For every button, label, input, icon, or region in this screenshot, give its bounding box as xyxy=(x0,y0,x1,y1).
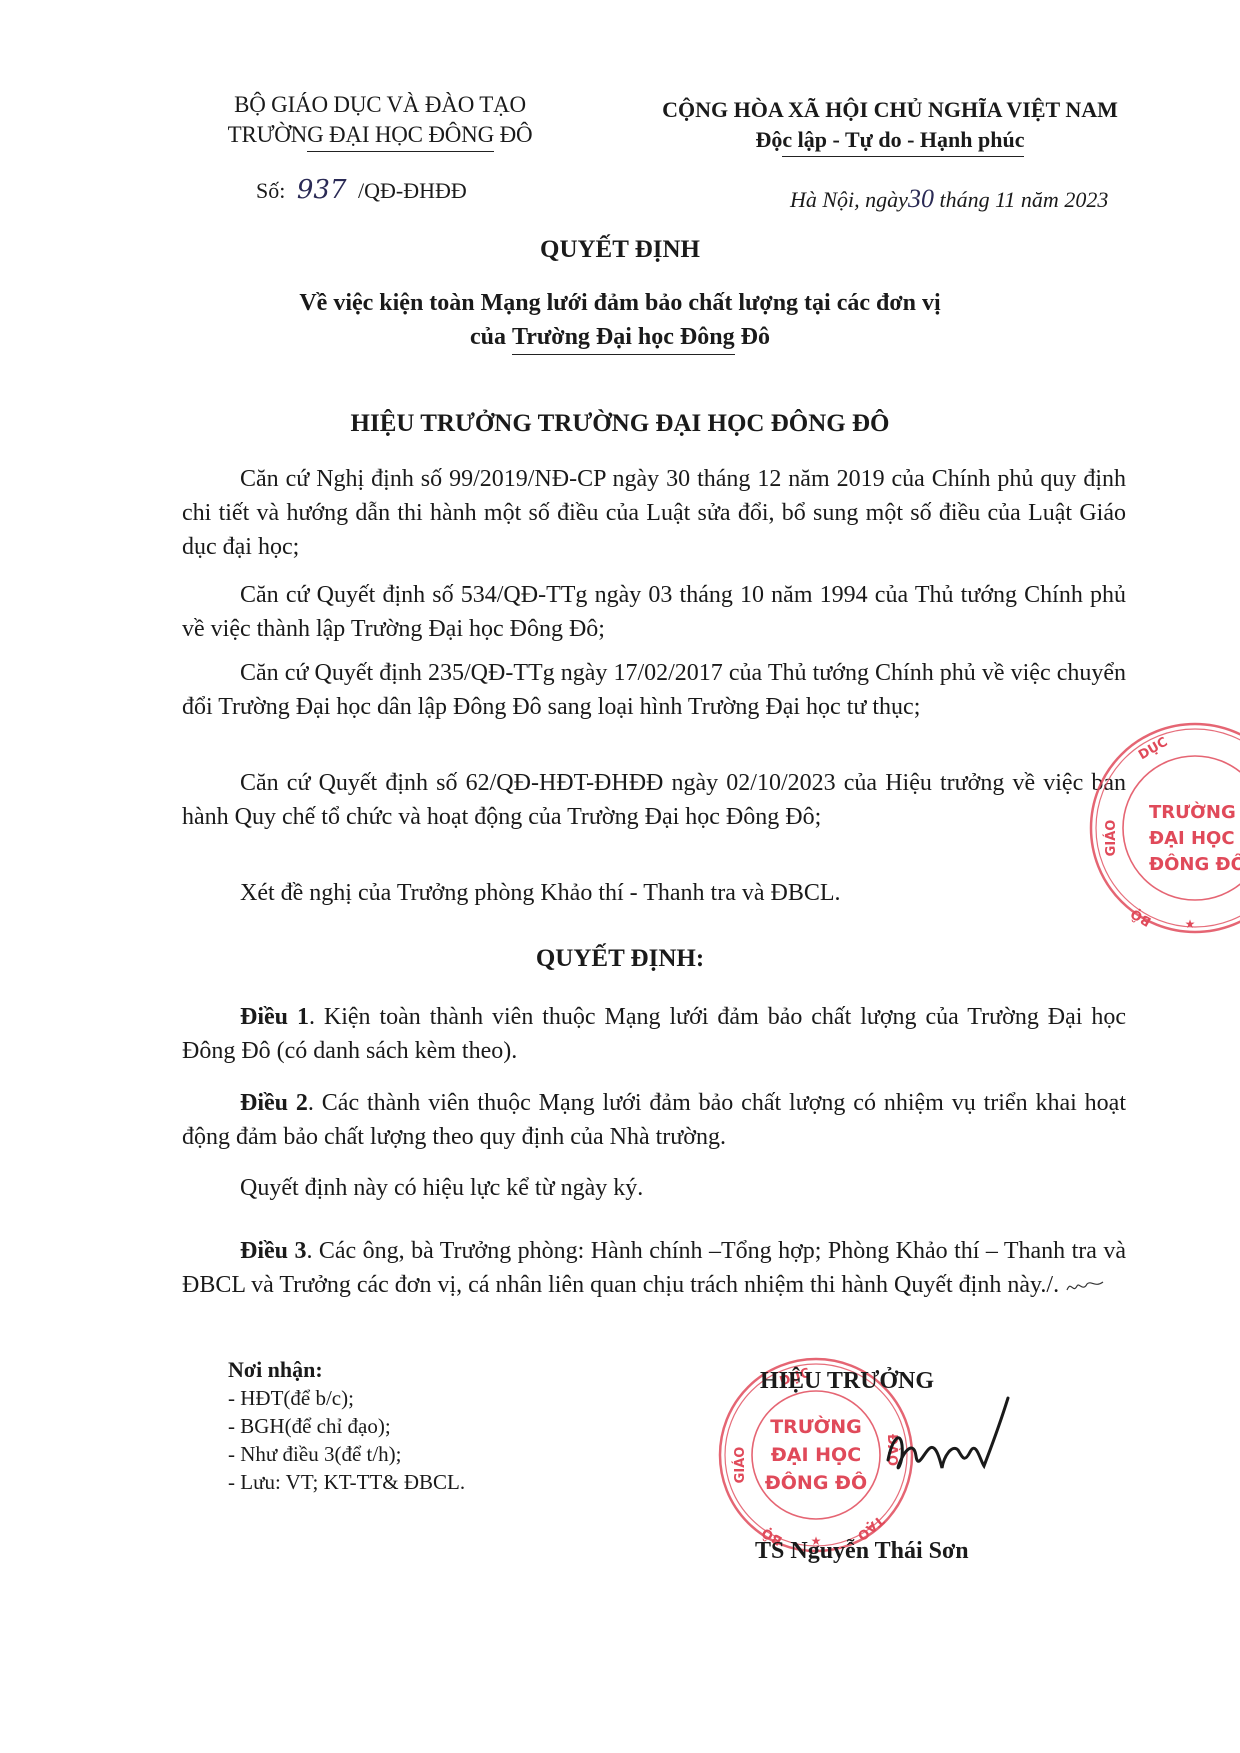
recipient-item: - Như điều 3(để t/h); xyxy=(228,1440,465,1468)
school-name: TRƯỜNG ĐẠI HỌC ĐÔNG ĐÔ xyxy=(190,120,570,152)
handwritten-signature-icon xyxy=(880,1390,1020,1500)
legal-basis-4: Căn cứ Quyết định số 62/QĐ-HĐT-ĐHĐĐ ngày… xyxy=(182,766,1126,834)
legal-basis-1: Căn cứ Nghị định số 99/2019/NĐ-CP ngày 3… xyxy=(182,462,1126,564)
recipients-heading: Nơi nhận: xyxy=(228,1356,465,1384)
issuing-authority-heading: HIỆU TRƯỞNG TRƯỜNG ĐẠI HỌC ĐÔNG ĐÔ xyxy=(0,410,1240,438)
margin-seal-stamp: TRƯỜNG ĐẠI HỌC ĐÔNG ĐÔ GIÁO DỤC BỘ ★ xyxy=(1085,718,1240,938)
document-number: Số: 937 /QĐ-ĐHĐĐ xyxy=(256,175,467,205)
document-date: Hà Nội, ngày30 tháng 11 năm 2023 xyxy=(790,184,1108,214)
recipient-item: - HĐT(để b/c); xyxy=(228,1384,465,1412)
issuing-authority: BỘ GIÁO DỤC VÀ ĐÀO TẠO TRƯỜNG ĐẠI HỌC ĐÔ… xyxy=(190,90,570,152)
decision-heading: QUYẾT ĐỊNH: xyxy=(0,945,1240,973)
ministry-name: BỘ GIÁO DỤC VÀ ĐÀO TẠO xyxy=(190,90,570,120)
recipient-item: - Lưu: VT; KT-TT& ĐBCL. xyxy=(228,1468,465,1496)
article-3: Điều 3. Các ông, bà Trưởng phòng: Hành c… xyxy=(182,1234,1126,1302)
nation-name: CỘNG HÒA XÃ HỘI CHỦ NGHĨA VIỆT NAM xyxy=(620,95,1160,125)
proposal-basis: Xét đề nghị của Trưởng phòng Khảo thí - … xyxy=(182,876,1126,910)
handwritten-day: 30 xyxy=(908,184,934,213)
recipients-block: Nơi nhận: - HĐT(để b/c); - BGH(để chỉ đạ… xyxy=(228,1356,465,1496)
svg-text:★: ★ xyxy=(1185,917,1196,931)
document-subject: Về việc kiện toàn Mạng lưới đảm bảo chất… xyxy=(0,286,1240,355)
document-title: QUYẾT ĐỊNH xyxy=(0,236,1240,264)
svg-text:ĐÔNG ĐÔ: ĐÔNG ĐÔ xyxy=(1149,853,1240,875)
article-1: Điều 1. Kiện toàn thành viên thuộc Mạng … xyxy=(182,1000,1126,1068)
svg-text:ĐẠI HỌC: ĐẠI HỌC xyxy=(771,1444,861,1466)
legal-basis-2: Căn cứ Quyết định số 534/QĐ-TTg ngày 03 … xyxy=(182,578,1126,646)
recipient-item: - BGH(để chỉ đạo); xyxy=(228,1412,465,1440)
svg-text:TRƯỜNG: TRƯỜNG xyxy=(770,1414,862,1438)
svg-text:GIÁO: GIÁO xyxy=(1103,820,1119,857)
national-motto: Độc lập - Tự do - Hạnh phúc xyxy=(620,125,1160,157)
handwritten-number: 937 xyxy=(297,175,347,205)
svg-text:GIÁO: GIÁO xyxy=(732,1447,748,1484)
svg-text:BỘ: BỘ xyxy=(1128,905,1154,929)
effective-clause: Quyết định này có hiệu lực kể từ ngày ký… xyxy=(182,1171,1126,1205)
initials-signature-icon xyxy=(1065,1276,1105,1296)
legal-basis-3: Căn cứ Quyết định 235/QĐ-TTg ngày 17/02/… xyxy=(182,656,1126,724)
svg-text:ĐÔNG ĐÔ: ĐÔNG ĐÔ xyxy=(765,1470,867,1494)
signer-name: TS Nguyễn Thái Sơn xyxy=(755,1538,969,1565)
svg-text:ĐẠI HỌC: ĐẠI HỌC xyxy=(1149,828,1235,849)
national-heading: CỘNG HÒA XÃ HỘI CHỦ NGHĨA VIỆT NAM Độc l… xyxy=(620,95,1160,157)
article-2: Điều 2. Các thành viên thuộc Mạng lưới đ… xyxy=(182,1086,1126,1154)
svg-text:TRƯỜNG: TRƯỜNG xyxy=(1149,801,1236,823)
